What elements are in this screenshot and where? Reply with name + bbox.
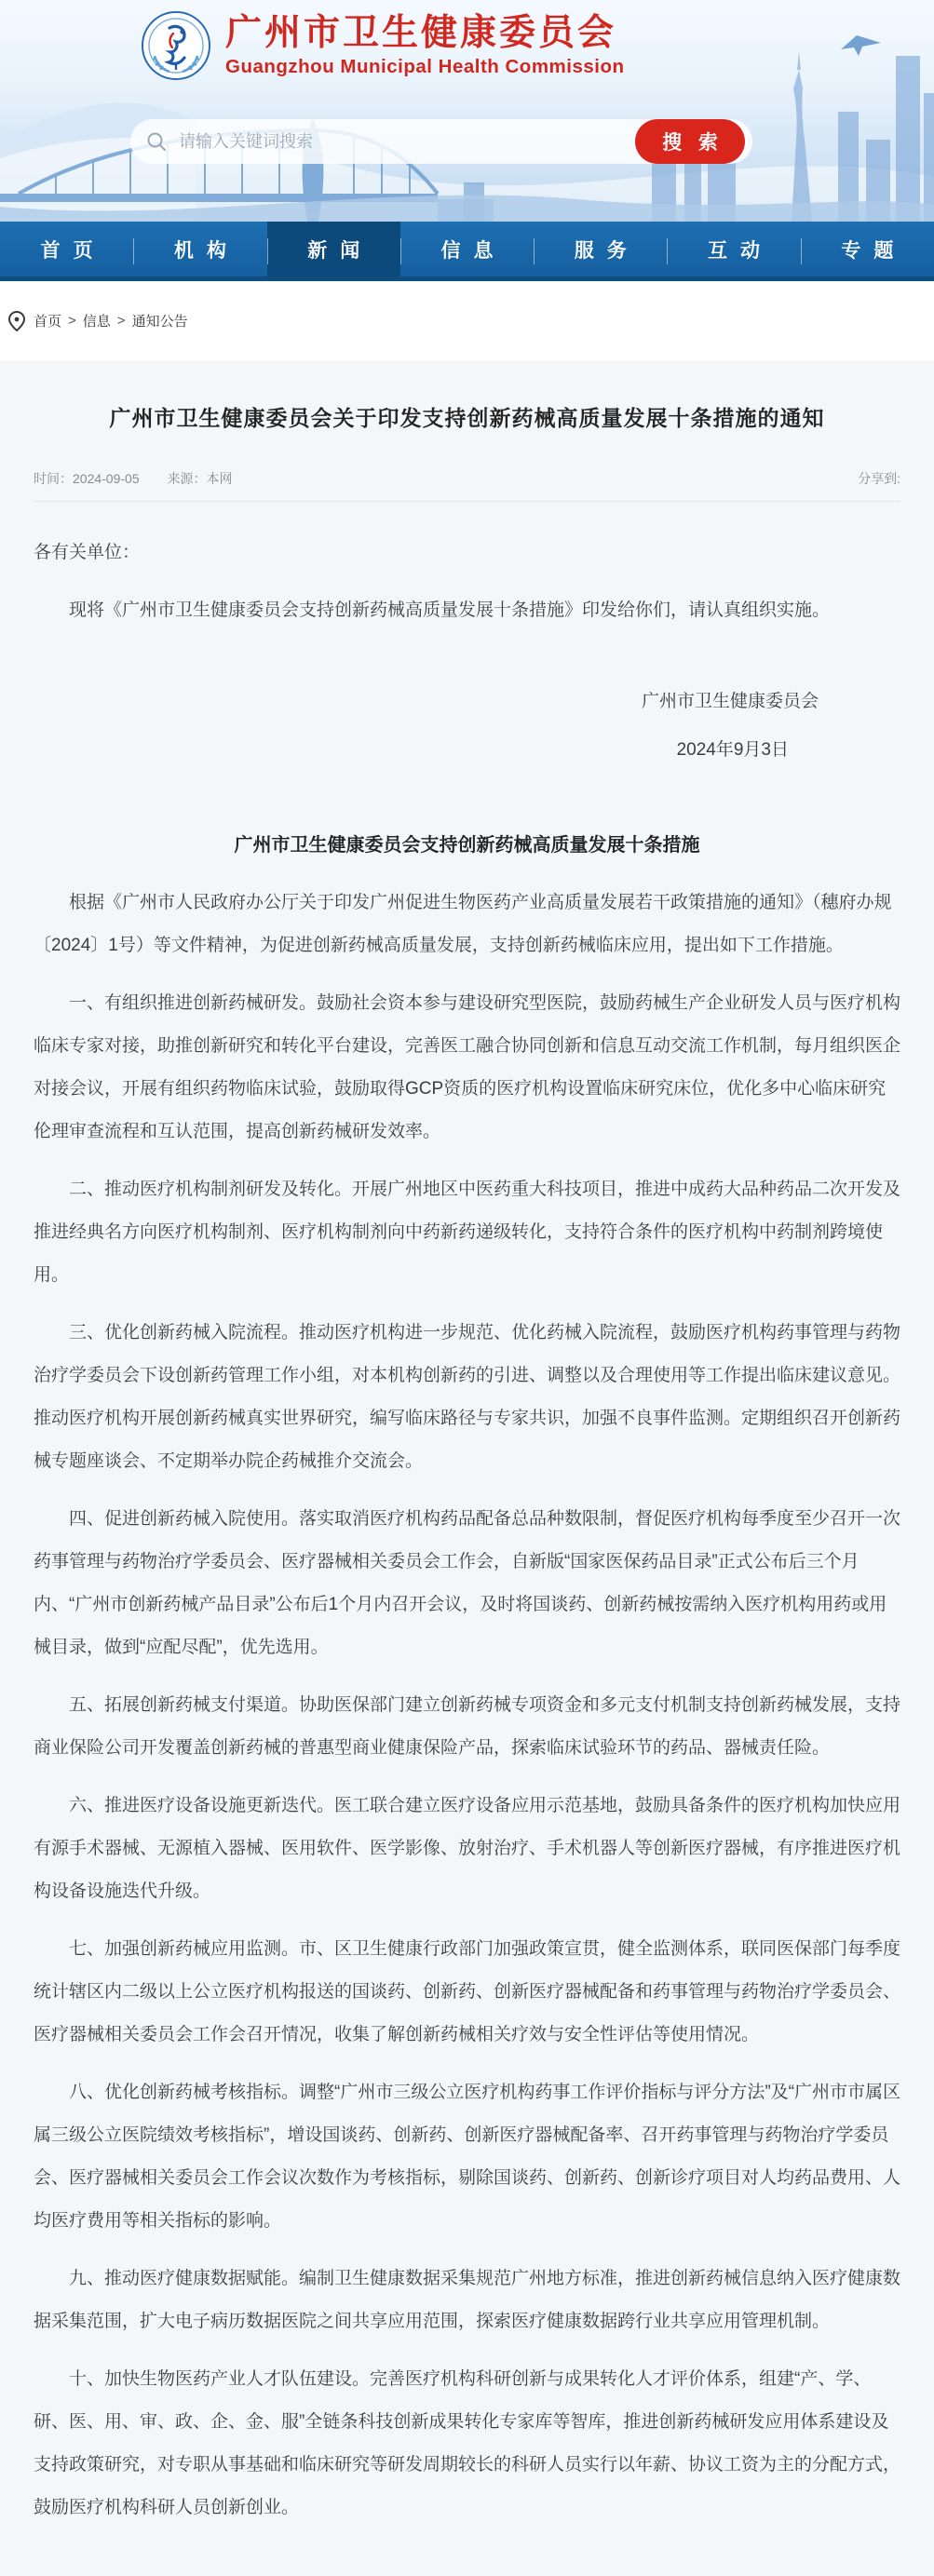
article-title: 广州市卫生健康委员会关于印发支持创新药械高质量发展十条措施的通知 <box>34 360 900 432</box>
signature-date: 2024年9月3日 <box>34 729 900 772</box>
brand-text: 广州市卫生健康委员会 Guangzhou Municipal Health Co… <box>225 13 625 78</box>
search-icon <box>145 130 168 153</box>
paragraph-measure-7: 七、加强创新药械应用监测。市、区卫生健康行政部门加强政策宣贯，健全监测体系，联同… <box>34 1928 900 2057</box>
location-icon <box>7 310 26 332</box>
paragraph-measure-2: 二、推动医疗机构制剂研发及转化。开展广州地区中医药重大科技项目，推进中成药大品种… <box>34 1168 900 1297</box>
site-subtitle: Guangzhou Municipal Health Commission <box>225 56 625 78</box>
nav-item-home[interactable]: 首页 <box>0 222 133 276</box>
breadcrumb-item-home[interactable]: 首页 <box>34 311 61 330</box>
main-nav: 首页 机构 新闻 信息 服务 互动 专题 <box>0 222 934 281</box>
article-meta: 时间：2024-09-05 来源：本网 分享到: <box>34 469 900 488</box>
article-container: 广州市卫生健康委员会关于印发支持创新药械高质量发展十条措施的通知 时间：2024… <box>0 360 934 2576</box>
breadcrumb-item-notice[interactable]: 通知公告 <box>132 311 188 330</box>
nav-item-info[interactable]: 信息 <box>400 222 534 276</box>
paragraph-measure-5: 五、拓展创新药械支付渠道。协助医保部门建立创新药械专项资金和多元支付机制支持创新… <box>34 1684 900 1770</box>
site-header: 广州市卫生健康委员会 Guangzhou Municipal Health Co… <box>0 0 934 222</box>
paragraph-measure-6: 六、推进医疗设备设施更新迭代。医工联合建立医疗设备应用示范基地，鼓励具备条件的医… <box>34 1785 900 1913</box>
document-title: 广州市卫生健康委员会支持创新药械高质量发展十条措施 <box>34 824 900 867</box>
page: 广州市卫生健康委员会 Guangzhou Municipal Health Co… <box>0 0 934 2576</box>
article-body: 各有关单位： 现将《广州市卫生健康委员会支持创新药械高质量发展十条措施》印发给你… <box>34 532 900 2529</box>
breadcrumb-separator: > <box>68 313 76 329</box>
meta-divider <box>34 501 900 502</box>
paragraph-measure-8: 八、优化创新药械考核指标。调整“广州市三级公立医疗机构药事工作评价指标与评分方法… <box>34 2071 900 2243</box>
nav-item-special[interactable]: 专题 <box>801 222 934 276</box>
site-title: 广州市卫生健康委员会 <box>225 13 625 54</box>
nav-item-org[interactable]: 机构 <box>133 222 266 276</box>
paragraph-measure-9: 九、推动医疗健康数据赋能。编制卫生健康数据采集规范广州地方标准，推进创新药械信息… <box>34 2258 900 2343</box>
nav-item-interact[interactable]: 互动 <box>667 222 800 276</box>
article-source: 来源：本网 <box>168 471 233 486</box>
breadcrumb: 首页 > 信息 > 通知公告 <box>0 281 934 360</box>
signature-org: 广州市卫生健康委员会 <box>34 681 900 723</box>
paragraph-measure-4: 四、促进创新药械入院使用。落实取消医疗机构药品配备总品种数限制，督促医疗机构每季… <box>34 1498 900 1669</box>
paragraph-measure-3: 三、优化创新药械入院流程。推动医疗机构进一步规范、优化药械入院流程，鼓励医疗机构… <box>34 1312 900 1483</box>
intro-paragraph: 现将《广州市卫生健康委员会支持创新药械高质量发展十条措施》印发给你们，请认真组织… <box>34 589 900 632</box>
salutation: 各有关单位： <box>34 532 900 574</box>
search-bar: 搜 索 <box>130 119 752 164</box>
paragraph-measure-1: 一、有组织推进创新药械研发。鼓励社会资本参与建设研究型医院，鼓励药械生产企业研发… <box>34 982 900 1153</box>
article-meta-left: 时间：2024-09-05 来源：本网 <box>34 469 257 488</box>
site-logo-emblem-icon[interactable] <box>142 11 210 80</box>
breadcrumb-separator: > <box>117 313 126 329</box>
nav-item-service[interactable]: 服务 <box>534 222 667 276</box>
article-time: 时间：2024-09-05 <box>34 471 140 486</box>
share-label: 分享到: <box>858 469 900 488</box>
breadcrumb-item-info[interactable]: 信息 <box>83 311 111 330</box>
nav-item-news[interactable]: 新闻 <box>267 222 400 276</box>
search-button[interactable]: 搜 索 <box>635 119 745 164</box>
brand-block: 广州市卫生健康委员会 Guangzhou Municipal Health Co… <box>142 11 625 80</box>
paragraph-measure-10: 十、加快生物医药产业人才队伍建设。完善医疗机构科研创新与成果转化人才评价体系，组… <box>34 2358 900 2529</box>
paragraph-basis: 根据《广州市人民政府办公厅关于印发广州促进生物医药产业高质量发展若干政策措施的通… <box>34 882 900 967</box>
